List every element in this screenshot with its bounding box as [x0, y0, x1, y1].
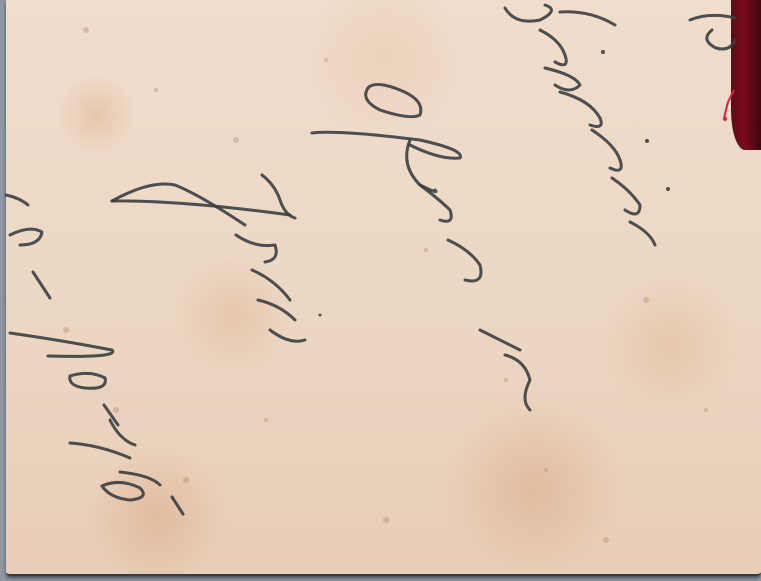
- handwriting-line-javier: [112, 175, 305, 341]
- handwriting-line-dionisio: [505, 5, 655, 245]
- handwriting-line-ofrece: [312, 84, 530, 410]
- handwriting-line-date: [6, 195, 183, 514]
- handwriting-line-1: [690, 15, 735, 49]
- handwriting: [0, 0, 761, 581]
